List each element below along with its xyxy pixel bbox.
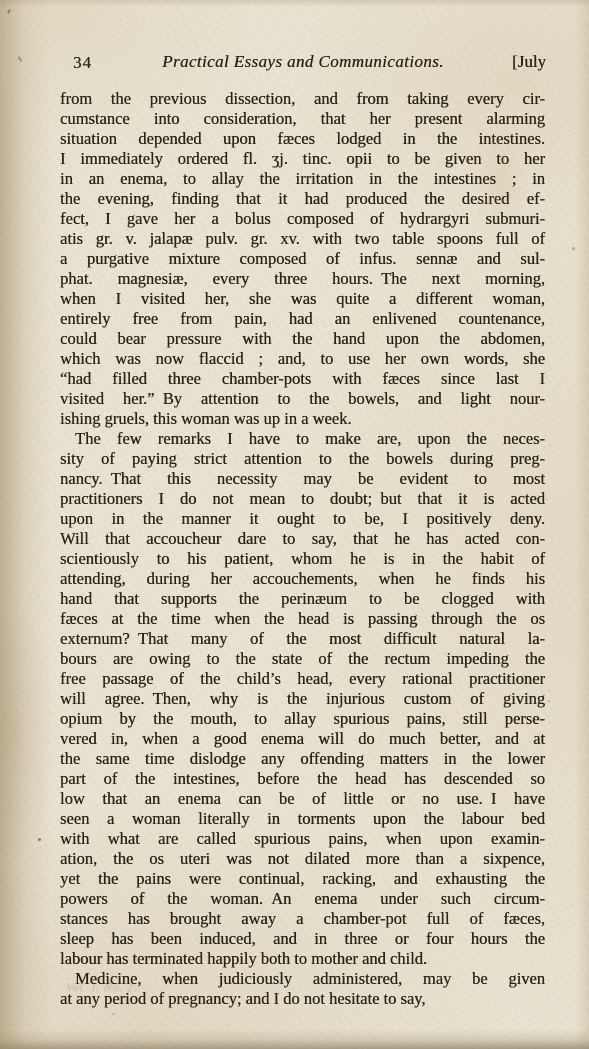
text-line: visited her.” By attention to the bowels… — [60, 389, 545, 409]
text-line: “had filled three chamber-pots with fæce… — [60, 369, 545, 389]
text-line: stances has brought away a chamber-pot f… — [60, 909, 545, 929]
text-line: low that an enema can be of little or no… — [60, 789, 545, 809]
text-line: labour has terminated happily both to mo… — [60, 949, 545, 969]
text-line: free passage of the child’s head, every … — [60, 669, 545, 689]
text-line: powers of the woman. An enema under such… — [60, 889, 545, 909]
text-line: with what are called spurious pains, whe… — [60, 829, 545, 849]
text-line: which was now flaccid ; and, to use her … — [60, 349, 545, 369]
text-line: fect, I gave her a bolus composed of hyd… — [60, 209, 545, 229]
text-line: situation depended upon fæces lodged in … — [60, 129, 545, 149]
text-line: seen a woman literally in torments upon … — [60, 809, 545, 829]
text-line: vered in, when a good enema will do much… — [60, 729, 545, 749]
text-line: The few remarks I have to make are, upon… — [60, 429, 545, 449]
text-line: I immediately ordered fl. ʒj. tinc. opii… — [60, 149, 545, 169]
ink-speck — [572, 247, 575, 250]
issue-month-label: [July — [512, 52, 546, 72]
text-line: could bear pressure with the hand upon t… — [60, 329, 545, 349]
text-line: the evening, finding that it had produce… — [60, 189, 545, 209]
ink-speck — [17, 56, 22, 62]
running-title: Practical Essays and Communications. — [60, 52, 546, 72]
text-line: when I visited her, she was quite a diff… — [60, 289, 545, 309]
ink-speck — [7, 9, 11, 14]
text-line: ishing gruels, this woman was up in a we… — [60, 409, 545, 429]
text-line: the same time dislodge any offending mat… — [60, 749, 545, 769]
show-through-text: Vol. I. No. 2. — [66, 982, 138, 994]
text-line: practitioners I do not mean to doubt; bu… — [60, 489, 545, 509]
text-line: entirely free from pain, had an enlivene… — [60, 309, 545, 329]
text-line: yet the pains were continual, racking, a… — [60, 869, 545, 889]
text-line: hand that supports the perinæum to be cl… — [60, 589, 545, 609]
text-line: upon in the manner it ought to be, I pos… — [60, 509, 545, 529]
book-page: 34 Practical Essays and Communications. … — [0, 0, 589, 1049]
text-line: from the previous dissection, and from t… — [60, 89, 545, 109]
text-line: fæces at the time when the head is passi… — [60, 609, 545, 629]
text-line: attending, during her accouchements, whe… — [60, 569, 545, 589]
text-line: opium by the mouth, to allay spurious pa… — [60, 709, 545, 729]
paper-stain — [0, 600, 60, 860]
text-line: a purgative mixture composed of infus. s… — [60, 249, 545, 269]
running-header: 34 Practical Essays and Communications. … — [60, 52, 546, 76]
text-line: scientiously to his patient, whom he is … — [60, 549, 545, 569]
ink-speck — [112, 1013, 115, 1015]
paragraph: from the previous dissection, and from t… — [60, 89, 545, 429]
text-line: ation, the os uteri was not dilated more… — [60, 849, 545, 869]
text-line: nancy. That this necessity may be eviden… — [60, 469, 545, 489]
text-line: externum? That many of the most difficul… — [60, 629, 545, 649]
ink-speck — [548, 700, 550, 702]
text-line: bours are owing to the state of the rect… — [60, 649, 545, 669]
text-line: part of the intestines, before the head … — [60, 769, 545, 789]
text-line: sleep has been induced, and in three or … — [60, 929, 545, 949]
text-line: atis gr. v. jalapæ pulv. gr. xv. with tw… — [60, 229, 545, 249]
text-line: Will that accoucheur dare to say, that h… — [60, 529, 545, 549]
paragraph: The few remarks I have to make are, upon… — [60, 429, 545, 969]
text-line: cumstance into consideration, that her p… — [60, 109, 545, 129]
body-text: from the previous dissection, and from t… — [60, 89, 545, 1009]
text-line: sity of paying strict attention to the b… — [60, 449, 545, 469]
text-line: in an enema, to allay the irritation in … — [60, 169, 545, 189]
ink-speck — [38, 838, 41, 841]
text-line: will agree. Then, why is the injurious c… — [60, 689, 545, 709]
text-line: phat. magnesiæ, every three hours. The n… — [60, 269, 545, 289]
